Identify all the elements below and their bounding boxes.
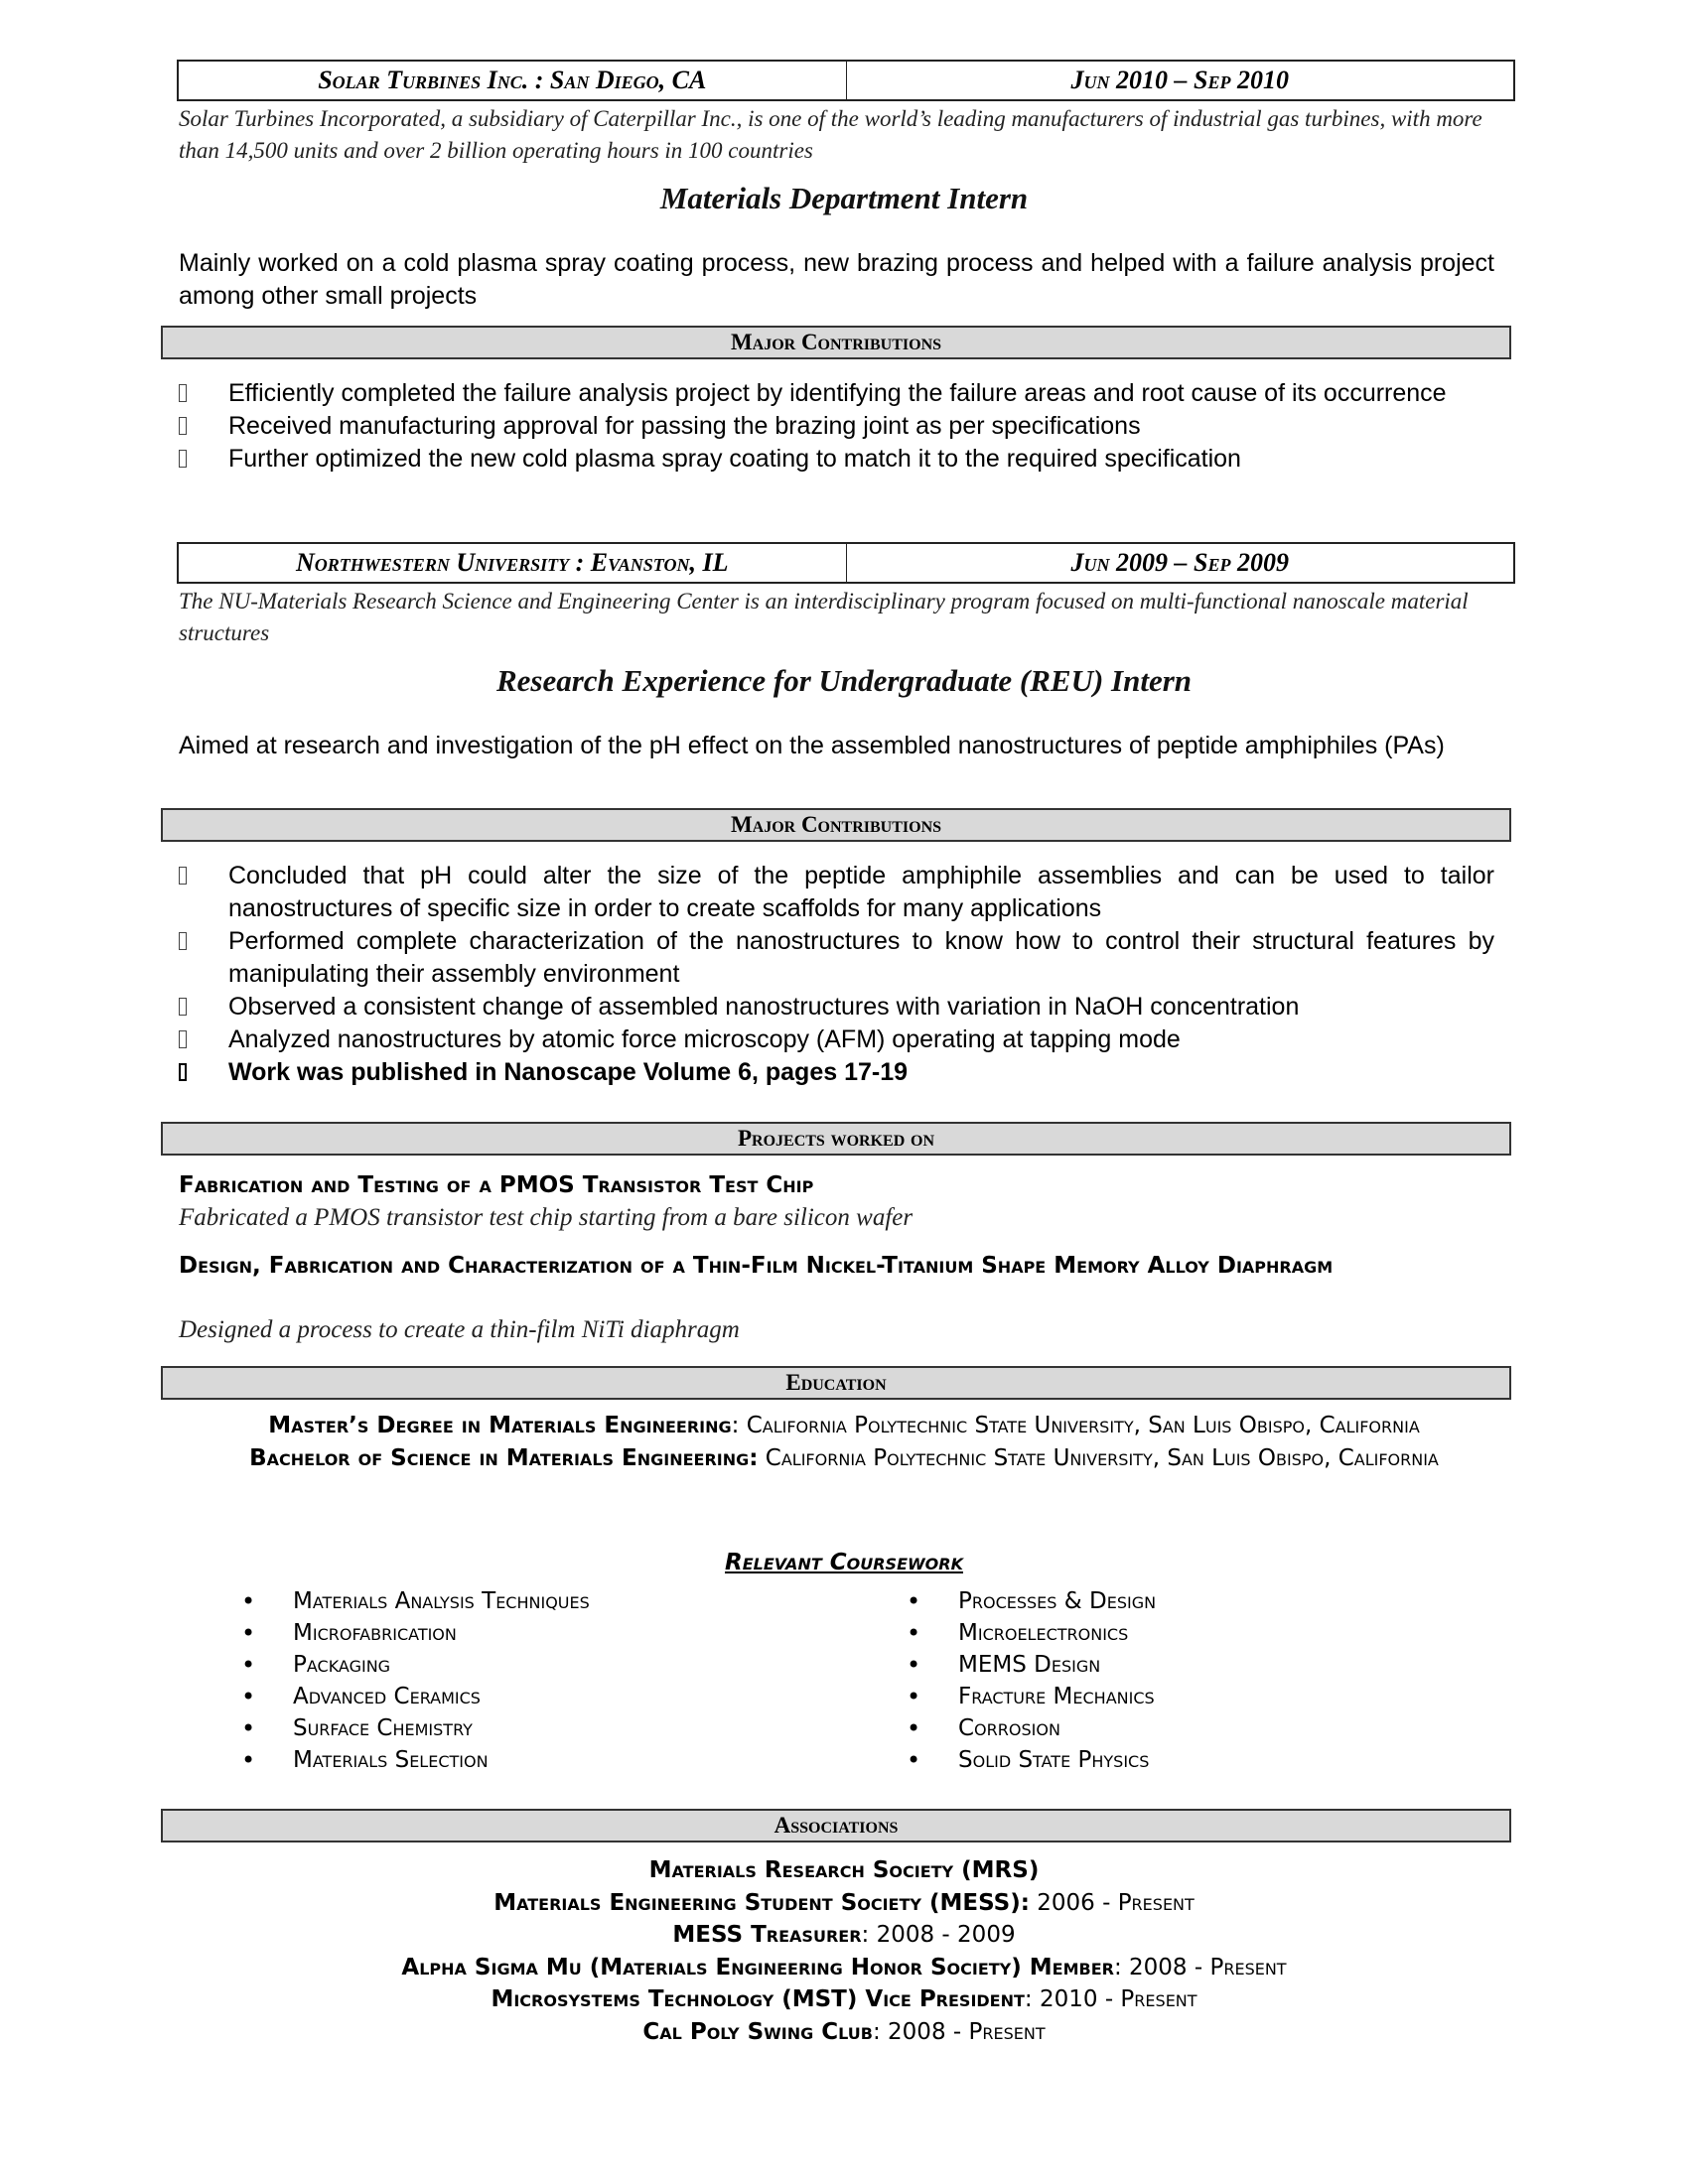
missing-glyph-bullet-icon xyxy=(179,998,187,1016)
list-item: Analyzed nanostructures by atomic force … xyxy=(179,1024,1494,1056)
job-title: Research Experience for Undergraduate (R… xyxy=(0,663,1688,699)
job-summary: Mainly worked on a cold plasma spray coa… xyxy=(179,247,1494,313)
experience-header-solar-turbines: Solar Turbines Inc. : San Diego, CA Jun … xyxy=(177,60,1515,101)
employment-dates: Jun 2009 – Sep 2009 xyxy=(846,544,1514,582)
missing-glyph-bullet-icon xyxy=(179,1030,187,1048)
project-title: Fabrication and Testing of a PMOS Transi… xyxy=(179,1169,1509,1202)
list-item: Materials Analysis Techniques xyxy=(241,1585,590,1617)
association-item: Microsystems Technology (MST) Vice Presi… xyxy=(0,1983,1688,2016)
coursework-list-right: Processes & Design Microelectronics MEMS… xyxy=(907,1585,1156,1776)
list-item: Further optimized the new cold plasma sp… xyxy=(179,443,1494,476)
contributions-list: Efficiently completed the failure analys… xyxy=(179,377,1494,476)
association-item: MESS Treasurer: 2008 - 2009 xyxy=(0,1919,1688,1952)
list-item: Packaging xyxy=(241,1649,590,1681)
job-summary: Aimed at research and investigation of t… xyxy=(179,730,1494,762)
list-item: MEMS Design xyxy=(907,1649,1156,1681)
section-bar-major-contributions: Major Contributions xyxy=(161,808,1511,842)
missing-glyph-bullet-icon xyxy=(179,932,187,950)
experience-header-northwestern: Northwestern University : Evanston, IL J… xyxy=(177,542,1515,584)
list-item: Processes & Design xyxy=(907,1585,1156,1617)
contributions-list: Concluded that pH could alter the size o… xyxy=(179,860,1494,1089)
list-item: Advanced Ceramics xyxy=(241,1681,590,1712)
list-item: Materials Selection xyxy=(241,1744,590,1776)
company-description: Solar Turbines Incorporated, a subsidiar… xyxy=(179,103,1509,167)
missing-glyph-bullet-icon xyxy=(179,1063,187,1081)
list-item: Solid State Physics xyxy=(907,1744,1156,1776)
missing-glyph-bullet-icon xyxy=(179,867,187,885)
degree-masters: Master’s Degree in Materials Engineering… xyxy=(189,1410,1499,1442)
section-bar-education: Education xyxy=(161,1366,1511,1400)
association-item: Materials Engineering Student Society (M… xyxy=(0,1887,1688,1920)
list-item: Fracture Mechanics xyxy=(907,1681,1156,1712)
company-name: Solar Turbines Inc. : San Diego, CA xyxy=(179,62,846,99)
project-description: Fabricated a PMOS transistor test chip s… xyxy=(179,1202,1509,1234)
section-bar-major-contributions: Major Contributions xyxy=(161,326,1511,359)
association-item: Alpha Sigma Mu (Materials Engineering Ho… xyxy=(0,1952,1688,1984)
project-description: Designed a process to create a thin-film… xyxy=(179,1314,1509,1346)
missing-glyph-bullet-icon xyxy=(179,384,187,402)
list-item: Observed a consistent change of assemble… xyxy=(179,991,1494,1024)
list-item-publication: Work was published in Nanoscape Volume 6… xyxy=(179,1056,1494,1089)
list-item: Efficiently completed the failure analys… xyxy=(179,377,1494,410)
list-item: Concluded that pH could alter the size o… xyxy=(179,860,1494,925)
section-bar-projects: Projects worked on xyxy=(161,1122,1511,1156)
list-item: Surface Chemistry xyxy=(241,1712,590,1744)
coursework-heading: Relevant Coursework xyxy=(0,1550,1688,1575)
list-item: Microelectronics xyxy=(907,1617,1156,1649)
project-title: Design, Fabrication and Characterization… xyxy=(179,1250,1509,1283)
education-entries: Master’s Degree in Materials Engineering… xyxy=(189,1410,1499,1475)
association-item: Materials Research Society (MRS) xyxy=(0,1854,1688,1887)
company-name: Northwestern University : Evanston, IL xyxy=(179,544,846,582)
association-item: Cal Poly Swing Club: 2008 - Present xyxy=(0,2016,1688,2049)
employment-dates: Jun 2010 – Sep 2010 xyxy=(846,62,1514,99)
missing-glyph-bullet-icon xyxy=(179,450,187,468)
list-item: Received manufacturing approval for pass… xyxy=(179,410,1494,443)
missing-glyph-bullet-icon xyxy=(179,417,187,435)
degree-bachelors: Bachelor of Science in Materials Enginee… xyxy=(189,1442,1499,1475)
coursework-list-left: Materials Analysis Techniques Microfabri… xyxy=(241,1585,590,1776)
list-item: Microfabrication xyxy=(241,1617,590,1649)
list-item: Performed complete characterization of t… xyxy=(179,925,1494,991)
list-item: Corrosion xyxy=(907,1712,1156,1744)
job-title: Materials Department Intern xyxy=(0,181,1688,216)
associations-list: Materials Research Society (MRS) Materia… xyxy=(0,1854,1688,2048)
section-bar-associations: Associations xyxy=(161,1809,1511,1843)
company-description: The NU-Materials Research Science and En… xyxy=(179,586,1509,649)
